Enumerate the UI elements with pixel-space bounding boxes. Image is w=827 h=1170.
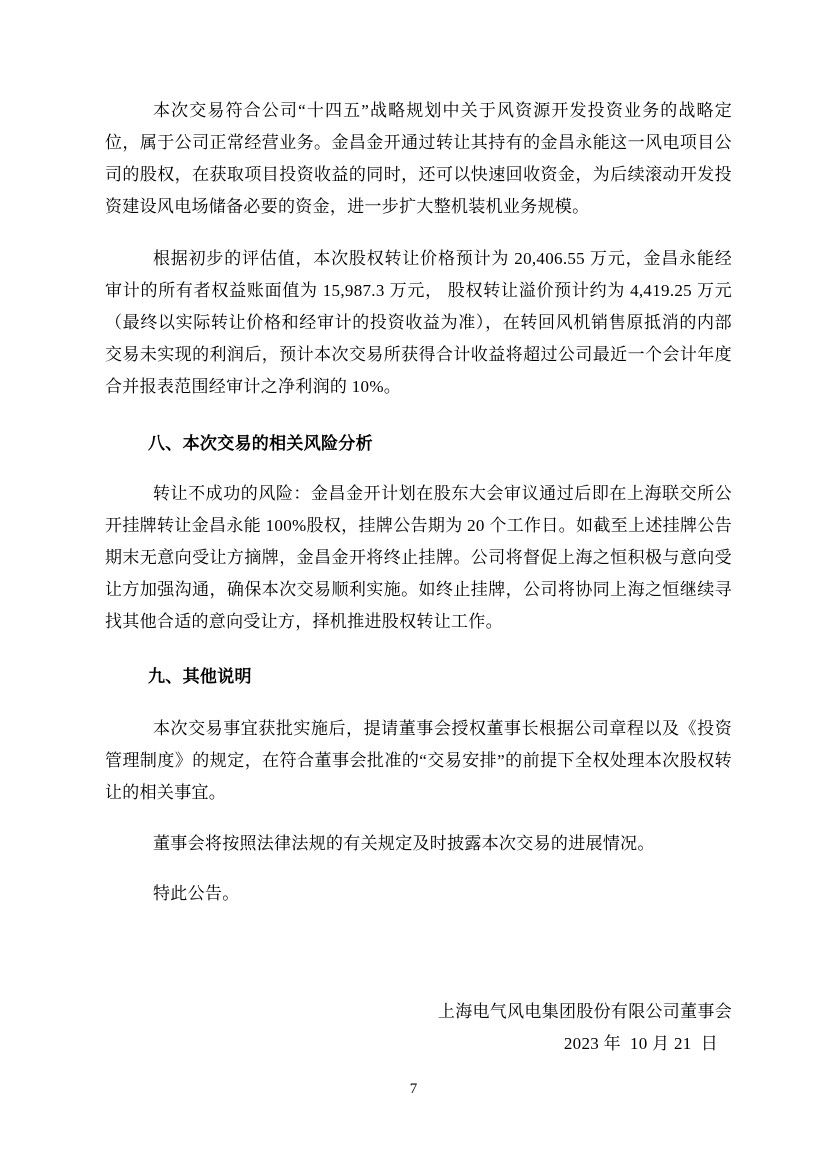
document-page: 本次交易符合公司“十四五”战略规划中关于风资源开发投资业务的战略定位，属于公司正…: [0, 0, 827, 1170]
paragraph-authorization: 本次交易事宜获批实施后，提请董事会授权董事长根据公司章程以及《投资管理制度》的规…: [105, 713, 732, 809]
signature-date: 2023 年 10 月 21 日: [105, 1028, 732, 1060]
signature-block: 上海电气风电集团股份有限公司董事会 2023 年 10 月 21 日: [105, 996, 732, 1060]
paragraph-strategy: 本次交易符合公司“十四五”战略规划中关于风资源开发投资业务的战略定位，属于公司正…: [105, 95, 732, 223]
paragraph-disclosure: 董事会将按照法律法规的有关规定及时披露本次交易的进展情况。: [105, 828, 732, 860]
signature-company-name: 上海电气风电集团股份有限公司董事会: [105, 996, 732, 1028]
paragraph-risk: 转让不成功的风险：金昌金开计划在股东大会审议通过后即在上海联交所公开挂牌转让金昌…: [105, 478, 732, 638]
section-heading-risk-analysis: 八、本次交易的相关风险分析: [105, 428, 732, 460]
paragraph-closing-announcement: 特此公告。: [105, 878, 732, 910]
paragraph-valuation: 根据初步的评估值，本次股权转让价格预计为 20,406.55 万元，金昌永能经审…: [105, 243, 732, 403]
section-heading-other-notes: 九、其他说明: [105, 661, 732, 693]
document-content: 本次交易符合公司“十四五”战略规划中关于风资源开发投资业务的战略定位，属于公司正…: [105, 0, 732, 1060]
page-number: 7: [0, 1078, 827, 1100]
